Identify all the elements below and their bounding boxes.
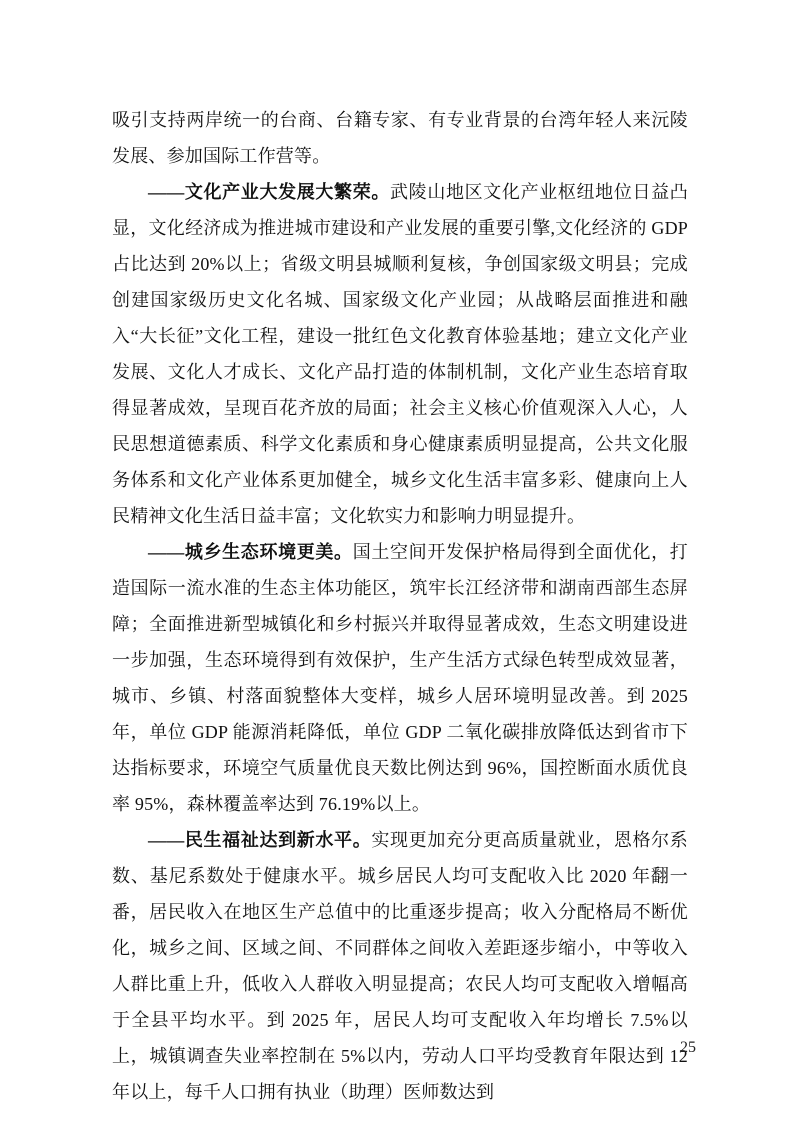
body-text: 吸引支持两岸统一的台商、台籍专家、有专业背景的台湾年轻人来沅陵发展、参加国际工作… bbox=[112, 102, 688, 1110]
paragraph-livelihood-welfare: ——民生福祉达到新水平。实现更加充分更高质量就业，恩格尔系数、基尼系数处于健康水… bbox=[112, 822, 688, 1110]
paragraph-lead: ——城乡生态环境更美。 bbox=[148, 542, 353, 562]
paragraph-culture-industry: ——文化产业大发展大繁荣。武陵山地区文化产业枢纽地位日益凸显，文化经济成为推进城… bbox=[112, 174, 688, 534]
paragraph-text: 国土空间开发保护格局得到全面优化，打造国际一流水准的生态主体功能区，筑牢长江经济… bbox=[112, 542, 688, 814]
paragraph-text: 实现更加充分更高质量就业，恩格尔系数、基尼系数处于健康水平。城乡居民人均可支配收… bbox=[112, 830, 688, 1102]
paragraph-text: 武陵山地区文化产业枢纽地位日益凸显，文化经济成为推进城市建设和产业发展的重要引擎… bbox=[112, 182, 688, 526]
paragraph-text: 吸引支持两岸统一的台商、台籍专家、有专业背景的台湾年轻人来沅陵发展、参加国际工作… bbox=[112, 110, 688, 166]
paragraph-urban-rural-ecology: ——城乡生态环境更美。国土空间开发保护格局得到全面优化，打造国际一流水准的生态主… bbox=[112, 534, 688, 822]
page-number: 25 bbox=[668, 1038, 708, 1058]
document-page: 吸引支持两岸统一的台商、台籍专家、有专业背景的台湾年轻人来沅陵发展、参加国际工作… bbox=[0, 0, 793, 1122]
paragraph-continuation: 吸引支持两岸统一的台商、台籍专家、有专业背景的台湾年轻人来沅陵发展、参加国际工作… bbox=[112, 102, 688, 174]
paragraph-lead: ——文化产业大发展大繁荣。 bbox=[148, 182, 390, 202]
paragraph-lead: ——民生福祉达到新水平。 bbox=[148, 830, 371, 850]
